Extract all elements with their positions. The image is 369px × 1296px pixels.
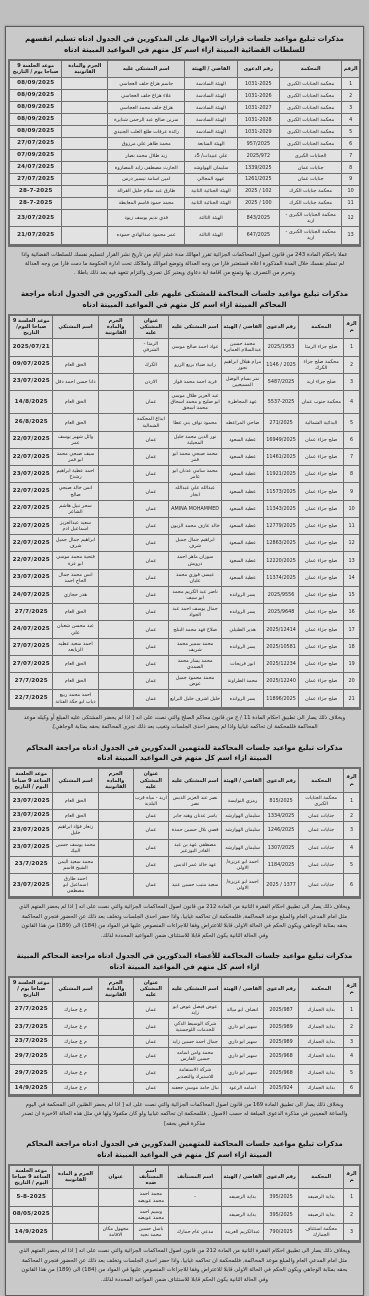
session-date-cell: 14/9/2025 — [10, 1082, 53, 1094]
table-cell: سحر نبيل هاشم الشاعر — [53, 500, 98, 517]
header-row: الرقمالمحكمةرقم الدعوىالقاضي / الهيئةاسم… — [10, 60, 360, 78]
table-cell: احمد طارق اسماعيل ابو مصطفى — [53, 874, 98, 897]
table-cell: 2025/987 — [263, 1001, 298, 1018]
table-cell: ايداع المحكمة الشمالية — [133, 414, 168, 431]
table-row: 3محكمة الجنايات الكبرى1031-2027الهيئة ال… — [10, 102, 360, 114]
column-header: موعد الجلسة الساعة 9 صباحا اليوم / التار… — [10, 769, 53, 793]
table-row: 18صلح جزاء عمان2025/10581يسر الرواندهمحم… — [10, 638, 360, 655]
table-cell: الهيئة السادسة — [185, 90, 237, 102]
table-row: 1محكمة الجنايات الكبرى815/2025رمزي النوا… — [10, 793, 360, 810]
table-cell: 3 — [344, 373, 360, 390]
table-cell: عطية السعود — [222, 569, 264, 586]
table-cell: 4 — [342, 114, 360, 126]
table-cell: 5 — [344, 1065, 360, 1082]
table-cell: 2025/9648 — [263, 604, 298, 621]
table-cell: الحق العام — [53, 655, 98, 672]
table-cell: محمد صبحي محمد ابو قمر — [169, 448, 222, 465]
header-row: الرقمالمحكمةرقم الدعوىالقاضي / الهيئةاسم… — [10, 977, 360, 1001]
table-cell: الحق العام — [53, 391, 98, 414]
table-cell: نبال حامد موسي جعفنه — [169, 1082, 222, 1094]
table-cell — [98, 586, 133, 603]
table-cell: سليمان الهوارشه — [222, 810, 264, 822]
session-date-cell: 24/07/2025 — [10, 586, 53, 603]
table-cell — [98, 500, 133, 517]
table-cell: مرام هيلال ابراهيم نجور — [222, 356, 264, 373]
table-cell — [98, 856, 133, 873]
table-cell: خالد عارف محمد الزيون — [169, 517, 222, 534]
column-header: القاضي / الهيئة — [222, 769, 264, 793]
column-header: اسم المشتكى عليه — [169, 315, 222, 339]
table-cell: 2025/10581 — [263, 638, 298, 655]
table-cell — [98, 690, 133, 707]
table-cell — [62, 78, 108, 90]
table-cell: 5537-2025 — [263, 391, 298, 414]
table-cell: 11374/2025 — [263, 569, 298, 586]
table-cell: 6 — [344, 874, 360, 897]
table-cell — [53, 1223, 98, 1240]
table-cell — [98, 1048, 133, 1065]
table-cell: محمود نواف بني عطا — [169, 414, 222, 431]
table-cell: جنايات عمان — [280, 174, 342, 186]
session-date-cell: 24/07/2025 — [10, 621, 53, 638]
table-cell — [98, 1001, 133, 1018]
table-cell: 2025/924 — [263, 1082, 298, 1094]
table-cell: محكمة الجنايات الكبرى — [280, 90, 342, 102]
table-cell: عطية السعود — [222, 535, 264, 552]
table-row: 9جنايات عمان1261/2025عهود المجاليامين اس… — [10, 174, 360, 186]
session-date-cell: 08/09/2025 — [10, 126, 62, 138]
table-row: 16صلح جزاء عمان2025/9648يسر الرواندهجمال… — [10, 604, 360, 621]
table-cell: عبد العزيز طلال موسى ابو صليح و محمد اسح… — [169, 391, 222, 414]
session-date-cell: 22/7/2025 — [10, 690, 53, 707]
table-cell: جمال يوسف احمد عبد الجواد — [169, 604, 222, 621]
table-cell: رانية ضياء بريع الزرو — [169, 356, 222, 373]
table-cell: احمد ابو عزيزة/الاولى — [222, 874, 264, 897]
column-header: رقم الدعوى — [237, 60, 279, 78]
section-title: مذكرات تبليغ مواعيد جلسات المحاكمة للمته… — [8, 1135, 361, 1164]
session-date-cell: 27/07/2025 — [10, 638, 53, 655]
table-row: 1بداية الجمارك2025/987انصاف ابو ميالةعوض… — [10, 1001, 360, 1018]
table-cell: 5 — [344, 856, 360, 873]
table-row: 12صلح جزاء عمان12863/2025عطية السعودابرا… — [10, 535, 360, 552]
table-cell: عيسى فوزي محمد عليان — [169, 569, 222, 586]
table-cell — [98, 1206, 133, 1223]
table-cell: البدائية الشمالية — [299, 414, 344, 431]
table-cell: 1031-2026 — [237, 90, 279, 102]
table-cell: 1377 / 2025 — [263, 874, 298, 897]
table-cell: عمان — [133, 500, 168, 517]
table-cell: 4 — [344, 1048, 360, 1065]
table-row: 9صلح جزاء عمان11573/2025عطية السعودعبدال… — [10, 483, 360, 500]
session-date-cell: 2025/07/21 — [10, 339, 53, 356]
table-row: 11محكمة جنايات الكرك100 / 2025الهيئة الج… — [10, 198, 360, 210]
table-cell: 10 — [342, 186, 360, 198]
table-cell: رائدة عرفات طلع الغلب الجنيدي — [108, 126, 185, 138]
table-cell — [98, 874, 133, 897]
table-cell: الرمثا - الشرقي — [133, 339, 168, 356]
notice-paragraph-article-11: وبخلاف ذلك يصار الى تطبيق احكام المادة 1… — [8, 709, 361, 737]
table-row: 2محكمة صلح جزاء الكرك2025 / 1146مرام هيل… — [10, 356, 360, 373]
column-header: رقم الدعوى — [263, 315, 298, 339]
session-date-cell: 23/7/2025 — [10, 856, 53, 873]
table-cell: 2025 / 1146 — [263, 356, 298, 373]
court-table-wrapper: الرقمالمحكمةرقم الدعوىالقاضي / الهيئةاسم… — [8, 314, 361, 709]
table-cell — [98, 1065, 133, 1082]
table-cell: 15 — [344, 586, 360, 603]
table-row: 2جنايات عمان1334/2025سليمان الهوارشهياسر… — [10, 810, 360, 822]
table-cell: عطية السعود — [222, 466, 264, 483]
table-cell: 2025/12240 — [263, 673, 298, 690]
table-cell: عطية السعود — [222, 552, 264, 569]
table-cell: 2025/989 — [263, 1036, 298, 1048]
table-cell — [98, 448, 133, 465]
table-cell: 2 — [344, 356, 360, 373]
table-cell — [98, 1018, 133, 1035]
column-header: عنوان المشتكى عليه — [133, 769, 168, 793]
session-date-cell: 22/07/2025 — [10, 448, 53, 465]
column-header: القاضي / الهيئة — [222, 315, 264, 339]
table-cell: عطية السعود — [222, 500, 264, 517]
table-cell — [53, 339, 98, 356]
table-cell: 12779/2025 — [263, 517, 298, 534]
session-date-cell: 5-8-2025 — [10, 1189, 53, 1206]
table-cell: 2 — [344, 1206, 360, 1223]
table-cell: انور فريحات — [222, 655, 264, 672]
table-cell: محكمة الجنايات الكبرى — [299, 793, 344, 810]
session-date-cell: 21/07/2025 — [10, 227, 62, 244]
table-cell: 1339/2025 — [237, 162, 279, 174]
session-date-cell: 07/09/2025 — [10, 150, 62, 162]
table-row: 5محكمة الجنايات الكبرى1031-2029الهيئة ال… — [10, 126, 360, 138]
table-cell: الهيئة الجنائية الثانية — [185, 198, 237, 210]
table-cell — [62, 150, 108, 162]
column-header: الرقم — [344, 977, 360, 1001]
table-cell: عهد خالد عمر الدبس — [169, 856, 222, 873]
table-cell: 20 — [344, 673, 360, 690]
table-cell — [62, 174, 108, 186]
table-cell: يسر الروانده — [222, 604, 264, 621]
session-date-cell: 28-7-2025 — [10, 186, 62, 198]
column-header: اسم المشتكي — [53, 315, 98, 339]
section-appeals-hearings: مذكرات تبليغ مواعيد جلسات المحاكمة للمته… — [8, 1135, 361, 1289]
table-cell: زنغار فؤاد ابراهيم خليل — [53, 822, 98, 839]
table-cell: سرين صالح عبد الرحمن شنايرة — [108, 114, 185, 126]
session-date-cell: 23/07/2025 — [10, 810, 53, 822]
table-row: 4محكمة الجنايات الكبرى1031-2028الهيئة ال… — [10, 114, 360, 126]
session-date-cell: 23/07/2025 — [10, 793, 53, 810]
table-cell: خليل اشرف خليل البرايع — [169, 690, 222, 707]
table-cell: فدي نديم يوسف زيود — [108, 210, 185, 227]
table-cell: محمد وامن اسامه حسين الفارس — [169, 1048, 222, 1065]
session-date-cell: 27/7/2025 — [10, 1001, 53, 1018]
table-cell: 3 — [344, 822, 360, 839]
table-cell: هدر حجازي — [53, 586, 98, 603]
session-date-cell: 24/07/2025 — [10, 162, 62, 174]
table-cell: 4 — [344, 839, 360, 856]
table-row: 3جنايات عمان1246/2025سليمان الهوارشهقصي … — [10, 822, 360, 839]
table-cell: صلح جزاء عمان — [299, 500, 344, 517]
table-cell: 11343/2025 — [263, 500, 298, 517]
table-cell — [98, 431, 133, 448]
table-cell: طارق عبد سلام خليل القرالة — [108, 186, 185, 198]
table-cell: 3 — [344, 1223, 360, 1240]
table-cell: عهود المجالي — [185, 174, 237, 186]
table-cell: 647/2025 — [237, 227, 279, 244]
table-cell: 13 — [344, 552, 360, 569]
table-cell: 271/2025 — [263, 414, 298, 431]
table-cell — [98, 339, 133, 356]
column-header: الرقم — [344, 1165, 360, 1189]
table-row: 12محكمة الجنايات الكبرى - اربد843/2025ال… — [10, 210, 360, 227]
table-cell — [98, 569, 133, 586]
table-cell: الهيئة السادسة — [185, 102, 237, 114]
table-cell: سوزان ماهر احمد درويش — [169, 552, 222, 569]
table-cell — [98, 839, 133, 856]
table-cell: 11 — [344, 517, 360, 534]
table-cell: 1 — [344, 1001, 360, 1018]
table-cell: بداية الرصيفه — [222, 1206, 264, 1223]
table-cell: بداية الجمارك — [299, 1065, 344, 1082]
table-cell: محمد يوسف حسين البيك — [53, 839, 98, 856]
table-cell: جنايات عمان — [299, 874, 344, 897]
table-cell: شركة الوسيط الذكي للخدمات اللوجستية — [169, 1018, 222, 1035]
court-table-customs: الرقمالمحكمةرقم الدعوىالقاضي / الهيئةاسم… — [9, 977, 360, 1095]
session-date-cell: 22/07/2025 — [10, 552, 53, 569]
table-cell: انس خالد صبحي صالح — [53, 483, 98, 500]
table-cell: صلح جزاء عمان — [299, 552, 344, 569]
session-date-cell: 27/7/2025 — [10, 604, 53, 621]
table-cell: 100 / 2025 — [237, 198, 279, 210]
table-cell: عمان — [133, 517, 168, 534]
table-cell: الهيئة السادسة — [185, 126, 237, 138]
table-cell: جنايات عمان — [299, 810, 344, 822]
table-cell: 11461/2025 — [263, 448, 298, 465]
session-date-cell: 23/7/2025 — [10, 1018, 53, 1035]
table-cell: الحق العام — [53, 673, 98, 690]
table-cell: ابراهيم جمال جميل شرف — [169, 535, 222, 552]
table-cell: 7 — [344, 448, 360, 465]
table-cell: امين اسامة تيسير درس — [108, 174, 185, 186]
table-cell: الجنايات الكبرى — [280, 150, 342, 162]
table-cell — [62, 162, 108, 174]
table-cell: محكمة الجنايات الكبرى - اربد — [280, 227, 342, 244]
table-cell: 17 — [344, 621, 360, 638]
table-cell — [62, 186, 108, 198]
table-cell: 21 — [344, 690, 360, 707]
notice-sheet: مذكرات تبليغ مواعيد جلسات قرارات الامهال… — [5, 26, 364, 1296]
table-cell: الهيئة السادسة — [185, 114, 237, 126]
table-cell: جمال احمد حسين زايد — [169, 1036, 222, 1048]
header-row: الرقمالمحكمةرقم الدعوىالقاضي / الهيئةاسم… — [10, 1165, 360, 1189]
session-date-cell: 14/9/2025 — [10, 1223, 53, 1240]
table-cell: م ع جمارك — [53, 1001, 98, 1018]
column-header: القاضي / الهيئة — [185, 60, 237, 78]
session-date-cell: 29/7/2025 — [10, 1048, 53, 1065]
table-cell: صلح جزاء عمان — [299, 690, 344, 707]
table-cell: الحق العام — [53, 810, 98, 822]
table-row: 10محكمة جنايات الكرك102 / 2025الهيئة الج… — [10, 186, 360, 198]
table-cell: عمان — [133, 839, 168, 856]
table-row: 7الجنايات الكبرى2025/972علي عبيدات/ 5دزي… — [10, 150, 360, 162]
column-header: المحكمة — [299, 315, 344, 339]
table-cell: 1184/2025 — [263, 856, 298, 873]
table-cell: 790/2025 — [263, 1223, 298, 1240]
table-cell: احمد سعيد عطيه الزيايعه — [53, 638, 98, 655]
table-cell: 18 — [344, 638, 360, 655]
column-header: الجرم والمادة القانونية — [98, 315, 133, 339]
session-date-cell: 08/09/2025 — [10, 114, 62, 126]
table-row: 10صلح جزاء عمان11343/2025عطية السعودAMIN… — [10, 500, 360, 517]
table-cell: 11896/2025 — [263, 690, 298, 707]
table-cell — [62, 227, 108, 244]
table-cell: م ع جمارك — [53, 1065, 98, 1082]
table-cell: فتحية محمد موسى ابو عزة — [53, 552, 98, 569]
table-cell — [98, 517, 133, 534]
column-header: رقم الدعوى — [263, 977, 298, 1001]
table-row: 11صلح جزاء عمان12779/2025عطية السعودخالد… — [10, 517, 360, 534]
table-cell: عطية السعود — [222, 431, 264, 448]
table-cell: الحق العام — [53, 356, 98, 373]
table-cell: صلح جزاء عمان — [299, 448, 344, 465]
table-cell: الهيئة السادسة — [185, 78, 237, 90]
column-header: الرقم — [342, 60, 360, 78]
table-cell: شركة الاستقامة للاستيراد والتصدير — [169, 1065, 222, 1082]
table-cell: عمان — [133, 1065, 168, 1082]
table-row: 13محكمة الجنايات الكبرى - اربد647/2025ال… — [10, 227, 360, 244]
table-cell: عمان — [133, 1048, 168, 1065]
court-table-wrapper: الرقمالمحكمةرقم الدعوىالقاضي / الهيئةاسم… — [8, 767, 361, 898]
section-title: مذكرات تبليغ مواعيد جلسات قرارات الامهال… — [8, 30, 361, 59]
table-cell: 3 — [344, 1036, 360, 1048]
table-cell: محمد سمير محمد شريف — [169, 638, 222, 655]
table-cell: 5 — [344, 414, 360, 431]
table-cell: الحق العام — [53, 793, 98, 810]
table-cell: يسر الروانده — [222, 638, 264, 655]
table-cell: عمان — [133, 690, 168, 707]
column-header: المحكمة — [280, 60, 342, 78]
table-cell: 14 — [344, 569, 360, 586]
table-cell: محمد سعيد اليمن الشيخ قاسم — [53, 856, 98, 873]
table-cell: م ع جمارك — [53, 1018, 98, 1035]
table-row: 2محكمة الجنايات الكبرى1031-2026الهيئة ال… — [10, 90, 360, 102]
column-header: اسم المستأنف — [169, 1165, 222, 1189]
table-cell: AMINA MOHAMMED — [169, 500, 222, 517]
session-date-cell: 23/07/2025 — [10, 874, 53, 897]
table-cell: الكرك — [133, 356, 168, 373]
table-cell: 395/2025 — [263, 1189, 298, 1206]
table-row: 1صلح جزاء الرمثا2025/1953محمد حسين عبدال… — [10, 339, 360, 356]
table-cell: عمان — [133, 856, 168, 873]
session-date-cell: 14/8/2025 — [10, 391, 53, 414]
table-cell: محكمة جنايات الكرك — [280, 198, 342, 210]
table-cell: 8 — [344, 466, 360, 483]
table-cell: عمان — [133, 1001, 168, 1018]
table-row: 2بداية الرصيفه395/2025بداية الرصيفهوسيم … — [10, 1206, 360, 1223]
table-cell — [62, 210, 108, 227]
table-cell — [62, 114, 108, 126]
column-header: الجرم و المادة القانونية — [53, 1165, 98, 1189]
session-date-cell: 08/09/2025 — [10, 102, 62, 114]
table-cell: عمان — [133, 621, 168, 638]
section-imhal-decisions: مذكرات تبليغ مواعيد جلسات قرارات الامهال… — [8, 30, 361, 283]
table-cell: احمد عطية ابراهيم رشدح — [53, 466, 98, 483]
table-cell: م ع جمارك — [53, 1082, 98, 1094]
column-header: عنوان المشتكى عليه — [133, 315, 168, 339]
session-date-cell: 08/09/2025 — [10, 90, 62, 102]
table-cell: 1246/2025 — [263, 822, 298, 839]
table-cell: بداية الرصيفه — [222, 1189, 264, 1206]
table-row: 5بداية الجمارك2025/968سهير ابو داريشركة … — [10, 1065, 360, 1082]
table-cell: محمد حسين عبدالسلام العمايره — [222, 339, 264, 356]
session-date-cell: 09/07/2025 — [10, 356, 53, 373]
table-cell: احمد محمد ربيع دياب ابو حكة الفتانة — [53, 690, 98, 707]
table-cell — [98, 793, 133, 810]
section-title: مذكرات تبليغ مواعيد جلسات المحاكمة للمته… — [8, 739, 361, 768]
table-cell: 7 — [342, 150, 360, 162]
table-cell: جاسم هزاع خلف العجاسي — [108, 78, 185, 90]
column-header: الرقم — [344, 315, 360, 339]
table-cell: صلح جزاء عمان — [299, 517, 344, 534]
table-cell: 6 — [342, 138, 360, 150]
court-table-imhal: الرقمالمحكمةرقم الدعوىالقاضي / الهيئةاسم… — [9, 60, 360, 245]
table-cell: نمر بسام الوضل المسيعيين — [222, 373, 264, 390]
table-cell: 6 — [344, 1082, 360, 1094]
header-row: الرقمالمحكمةرقم الدعوىالقاضي / الهيئةاسم… — [10, 315, 360, 339]
table-row: 1محكمة الجنايات الكبرى1031-2025الهيئة ال… — [10, 78, 360, 90]
table-row: 5البدائية الشمالية271/2025ضاحي المراعطهم… — [10, 414, 360, 431]
table-cell: عمان — [133, 822, 168, 839]
table-cell: 12 — [342, 210, 360, 227]
table-cell: 2 — [344, 810, 360, 822]
session-date-cell: 22/07/2025 — [10, 500, 53, 517]
court-table-accused: الرقمالمحكمةرقم الدعوىالقاضي / الهيئةاسم… — [9, 768, 360, 897]
table-cell: محمد حمود قاسم المعايطة — [108, 198, 185, 210]
table-cell: الهيئة الجنائية الثانية — [185, 186, 237, 198]
table-cell: صلح جزاء عمان — [299, 535, 344, 552]
court-table-wrapper: الرقمالمحكمةرقم الدعوىالقاضي / الهيئةاسم… — [8, 59, 361, 246]
table-cell — [98, 391, 133, 414]
table-cell — [53, 1189, 98, 1206]
notice-paragraph-article-169: وبخلاف ذلك يصار الى تطبيق المادة 169 من … — [8, 1096, 361, 1133]
table-row: 17صلح جزاء عمان2025/12414هدير الطنيليصلا… — [10, 621, 360, 638]
table-cell: 1 — [344, 339, 360, 356]
table-cell — [98, 604, 133, 621]
column-header: الجرم والمادة القانونية — [98, 769, 133, 793]
table-cell: بداية الجمارك — [299, 1001, 344, 1018]
column-header: القاضي / الهيئة — [222, 1165, 264, 1189]
table-cell: هدير الطنيلي — [222, 621, 264, 638]
table-cell: سيف صبحي محمد ابو قمر — [53, 448, 98, 465]
section-customs-hearings: مذكرات تبليغ مواعيد جلسات المحاكمة للأعض… — [8, 947, 361, 1133]
table-cell: عوض فيصل عوض ابو زايد — [169, 1001, 222, 1018]
table-cell: بداية الجمارك — [299, 1082, 344, 1094]
column-header: عنوان المشتكى عليه — [133, 977, 168, 1001]
column-header: الجرم والمادة القانونية — [62, 60, 108, 78]
session-date-cell: 23/07/2025 — [10, 210, 62, 227]
table-cell: محكمة جنايات الكرك — [280, 186, 342, 198]
session-date-cell: 22/07/2025 — [10, 483, 53, 500]
section-accused-hearings: مذكرات تبليغ مواعيد جلسات المحاكمة للمته… — [8, 739, 361, 946]
table-cell — [98, 466, 133, 483]
table-cell: احمد ابو عزيزة/الاولى — [222, 856, 264, 873]
column-header: الرقم — [344, 769, 360, 793]
table-cell: اربد - مياه قرب البلدية — [133, 793, 168, 810]
table-cell: سليمان الهوارشه — [222, 839, 264, 856]
table-cell: مصطفى عهد بن عبد القادر البوزعير — [169, 839, 222, 856]
table-cell: عمان — [133, 874, 168, 897]
table-cell: صلح جزاء عمان — [299, 586, 344, 603]
table-cell — [98, 810, 133, 822]
